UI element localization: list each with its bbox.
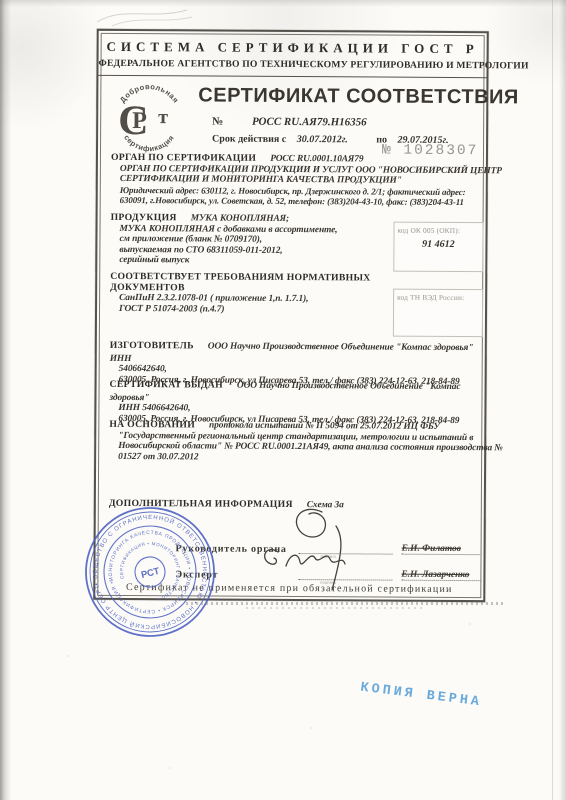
tnved-code-box: код ТН ВЭД России:	[393, 289, 483, 338]
okp-code-box: код ОК 005 (ОКП): 91 4612	[393, 222, 483, 273]
pencil-scribble	[92, 2, 242, 28]
manufacturer-label: ИЗГОТОВИТЕЛЬ	[110, 340, 194, 352]
basis-line: 01527 от 30.07.2012	[118, 452, 483, 465]
agency-name: ФЕДЕРАЛЬНОЕ АГЕНТСТВО ПО ТЕХНИЧЕСКОМУ РЕ…	[99, 58, 487, 71]
copy-verified-stamp: КОПИЯ ВЕРНА	[360, 681, 483, 711]
scan-shadow-left	[0, 0, 11, 800]
document-title: СЕРТИФИКАТ СООТВЕТСТВИЯ	[198, 84, 486, 109]
tnved-code-label: код ТН ВЭД России:	[397, 293, 479, 303]
org-label: ОРГАН ПО СЕРТИФИКАЦИИ	[111, 152, 256, 164]
section-conformity: СООТВЕТСТВУЕТ ТРЕБОВАНИЯМ НОРМАТИВНЫХ ДО…	[110, 272, 420, 316]
blank-fine-print	[246, 607, 426, 609]
basis-line: протокола испытаний № П 5094 от 25.07.20…	[209, 421, 440, 432]
header-divider	[98, 75, 486, 78]
product-title: МУКА КОНОПЛЯНАЯ;	[191, 213, 289, 224]
basis-label: НА ОСНОВАНИИ	[109, 419, 195, 431]
product-label: ПРОДУКЦИЯ	[111, 212, 177, 223]
handwritten-signature	[252, 502, 362, 594]
manufacturer-label-row: ИЗГОТОВИТЕЛЬ ООО Научно Производственное…	[110, 339, 484, 366]
valid-from-date: 30.07.2012г.	[297, 134, 348, 145]
registration-number: РОСС RU.АЯ79.Н16356	[252, 116, 367, 129]
okp-code-value: 91 4612	[397, 239, 479, 251]
issued-label-row: СЕРТИФИКАТ ВЫДАН ООО Научно Производстве…	[109, 378, 483, 405]
section-certification-body: ОРГАН ПО СЕРТИФИКАЦИИ РОСС RU.0001.10АЯ7…	[111, 151, 485, 208]
logo-letter-r: Р	[132, 108, 147, 134]
scanned-certificate-page: СИСТЕМА СЕРТИФИКАЦИИ ГОСТ Р ФЕДЕРАЛЬНОЕ …	[0, 0, 566, 800]
head-of-body-name: Е.И. Филатов	[402, 544, 482, 555]
system-title: СИСТЕМА СЕРТИФИКАЦИИ ГОСТ Р	[99, 39, 487, 57]
section-product: ПРОДУКЦИЯ МУКА КОНОПЛЯНАЯ; МУКА КОНОПЛЯН…	[110, 211, 392, 268]
org-code: РОСС RU.0001.10АЯ79	[270, 154, 363, 165]
expert-name: Е.Н. Лазарченко	[401, 570, 481, 581]
blank-fine-print	[186, 602, 504, 605]
stamp-center-mark: РСТ	[140, 566, 161, 581]
conformity-label: СООТВЕТСТВУЕТ ТРЕБОВАНИЯМ НОРМАТИВНЫХ ДО…	[110, 272, 420, 295]
number-sign: №	[212, 116, 223, 128]
scan-shadow-top	[0, 0, 566, 7]
org-address-line: 630091, г.Новосибирск, ул. Советская, д.…	[120, 195, 485, 208]
registration-number-row: № РОСС RU.АЯ79.Н16356	[212, 116, 367, 129]
validity-label: Срок действия с	[212, 134, 286, 145]
paper-edge-line	[552, 0, 553, 800]
logo-letter-t: т	[158, 106, 168, 128]
scan-shadow-right	[559, 0, 566, 800]
product-line: серийный выпуск	[119, 255, 392, 267]
rst-voluntary-certification-logo: Добровольная сертификация С Р т	[106, 79, 192, 158]
okp-code-label: код ОК 005 (ОКП):	[397, 226, 479, 236]
conformity-line: ГОСТ Р 51074-2003 (п.4.7)	[119, 304, 420, 316]
issued-label: СЕРТИФИКАТ ВЫДАН	[110, 379, 223, 391]
section-basis: НА ОСНОВАНИИ протокола испытаний № П 509…	[109, 418, 483, 465]
product-label-row: ПРОДУКЦИЯ МУКА КОНОПЛЯНАЯ;	[111, 211, 393, 225]
